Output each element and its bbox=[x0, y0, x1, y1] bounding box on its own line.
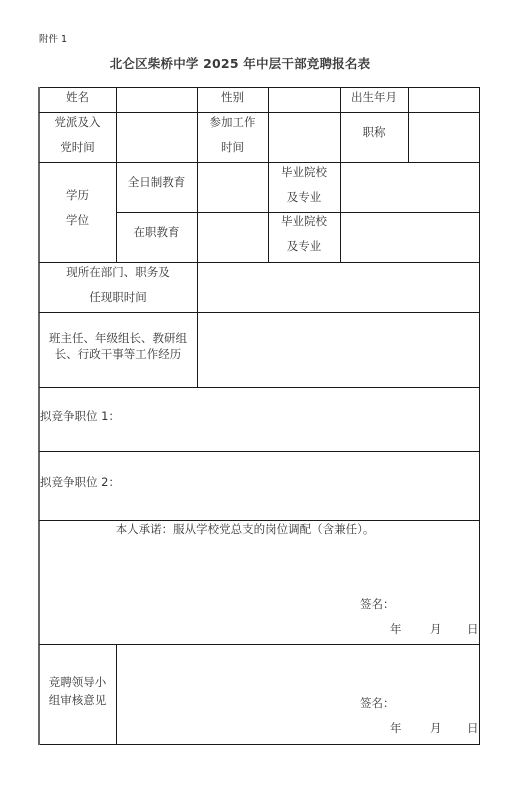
review-opinion-field[interactable] bbox=[117, 645, 479, 744]
current-post-label-line1: 现所在部门、职务及 bbox=[39, 260, 197, 285]
education-label-line2: 学位 bbox=[39, 208, 116, 233]
gender-field[interactable] bbox=[269, 88, 340, 112]
title-label: 职称 bbox=[340, 120, 408, 145]
commitment-text: 本人承诺：服从学校党总支的岗位调配（含兼任）。 bbox=[40, 517, 480, 542]
inservice-school-label-line1: 毕业院校 bbox=[268, 209, 340, 234]
party-label-line2: 党时间 bbox=[39, 135, 116, 160]
work-start-label-line1: 参加工作 bbox=[197, 110, 268, 135]
experience-field[interactable] bbox=[198, 313, 479, 387]
title-field[interactable] bbox=[409, 113, 479, 162]
fulltime-school-field[interactable] bbox=[341, 163, 479, 212]
review-label-line2: 组审核意见 bbox=[39, 691, 116, 709]
review-date-day: 日 bbox=[467, 720, 479, 736]
review-date-year: 年 bbox=[390, 720, 402, 736]
fulltime-education-field[interactable] bbox=[198, 163, 268, 212]
table-border-right bbox=[479, 87, 480, 745]
row-divider bbox=[39, 387, 480, 388]
fulltime-school-label-line2: 及专业 bbox=[268, 185, 340, 210]
page-title: 北仑区柴桥中学 2025 年中层干部竞聘报名表 bbox=[0, 54, 480, 72]
review-date-month: 月 bbox=[430, 720, 442, 736]
review-label: 竞聘领导小 组审核意见 bbox=[39, 673, 116, 709]
fulltime-school-label: 毕业院校 及专业 bbox=[268, 160, 340, 210]
education-label-line1: 学历 bbox=[39, 183, 116, 208]
party-field[interactable] bbox=[117, 113, 197, 162]
review-label-line1: 竞聘领导小 bbox=[39, 673, 116, 691]
gender-label: 性别 bbox=[197, 87, 268, 107]
education-label: 学历 学位 bbox=[39, 183, 116, 233]
review-signature-label[interactable]: 签名： bbox=[360, 695, 395, 711]
work-start-label: 参加工作 时间 bbox=[197, 110, 268, 160]
table-border-bottom bbox=[39, 744, 480, 745]
name-label: 姓名 bbox=[39, 87, 116, 107]
row-divider bbox=[39, 451, 480, 452]
experience-label: 班主任、年级组长、教研组 长、行政干事等工作经历 bbox=[39, 330, 197, 362]
work-start-field[interactable] bbox=[269, 113, 340, 162]
experience-label-line2: 长、行政干事等工作经历 bbox=[39, 346, 197, 362]
party-label: 党派及入 党时间 bbox=[39, 110, 116, 160]
inservice-school-label: 毕业院校 及专业 bbox=[268, 209, 340, 259]
birth-label: 出生年月 bbox=[340, 87, 408, 107]
experience-label-line1: 班主任、年级组长、教研组 bbox=[39, 330, 197, 346]
current-post-label: 现所在部门、职务及 任现职时间 bbox=[39, 260, 197, 310]
position2-label[interactable]: 拟竞争职位 2： bbox=[40, 470, 240, 495]
commitment-signature-label[interactable]: 签名： bbox=[360, 596, 395, 612]
party-label-line1: 党派及入 bbox=[39, 110, 116, 135]
inservice-education-label: 在职教育 bbox=[116, 220, 197, 245]
inservice-school-field[interactable] bbox=[341, 213, 479, 262]
inservice-school-label-line2: 及专业 bbox=[268, 234, 340, 259]
fulltime-education-label: 全日制教育 bbox=[116, 170, 197, 195]
commitment-date-month: 月 bbox=[430, 621, 442, 637]
name-field[interactable] bbox=[117, 88, 197, 112]
commitment-date-day: 日 bbox=[467, 621, 479, 637]
position1-label[interactable]: 拟竞争职位 1： bbox=[40, 404, 240, 429]
current-post-field[interactable] bbox=[198, 263, 479, 312]
commitment-date-year: 年 bbox=[390, 621, 402, 637]
work-start-label-line2: 时间 bbox=[197, 135, 268, 160]
annex-label: 附件 1 bbox=[39, 31, 67, 45]
fulltime-school-label-line1: 毕业院校 bbox=[268, 160, 340, 185]
birth-field[interactable] bbox=[409, 88, 479, 112]
current-post-label-line2: 任现职时间 bbox=[39, 285, 197, 310]
inservice-education-field[interactable] bbox=[198, 213, 268, 262]
